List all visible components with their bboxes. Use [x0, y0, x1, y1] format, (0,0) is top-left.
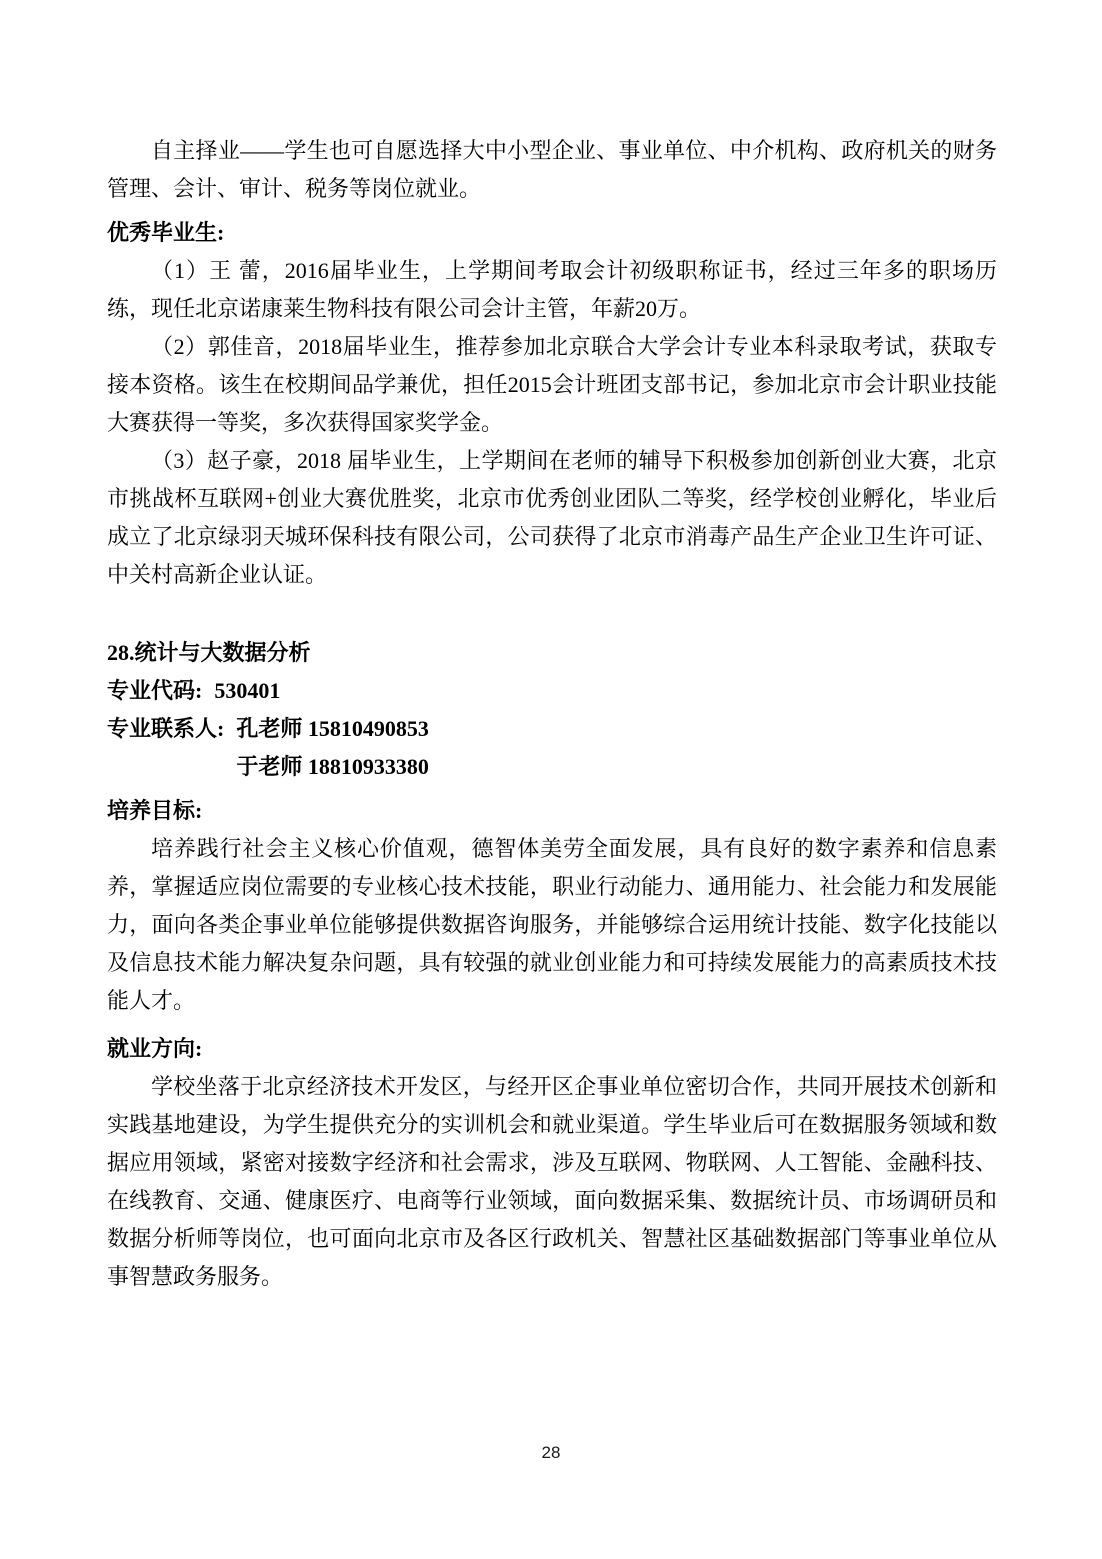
major-code-value: 530401 [214, 672, 280, 710]
training-goal-heading: 培养目标: [107, 792, 997, 830]
employment-direction-heading: 就业方向: [107, 1030, 997, 1068]
major-contact-label: 专业联系人: [107, 710, 224, 786]
document-page: 自主择业——学生也可自愿选择大中小型企业、事业单位、中介机构、政府机关的财务管理… [0, 0, 1102, 1559]
major-code-line: 专业代码: 530401 [107, 672, 997, 710]
major-contact-block: 专业联系人: 孔老师 15810490853 于老师 18810933380 [107, 710, 997, 786]
contact-item-1: 孔老师 15810490853 [236, 710, 429, 748]
graduates-heading: 优秀毕业生: [107, 214, 997, 252]
major-title: 28.统计与大数据分析 [107, 634, 997, 672]
employment-direction-paragraph: 学校坐落于北京经济技术开发区，与经开区企事业单位密切合作，共同开展技术创新和实践… [107, 1068, 997, 1296]
contact-item-2: 于老师 18810933380 [236, 748, 429, 786]
document-content: 自主择业——学生也可自愿选择大中小型企业、事业单位、中介机构、政府机关的财务管理… [107, 132, 997, 1296]
graduate-item-1: （1）王 蕾，2016届毕业生，上学期间考取会计初级职称证书，经过三年多的职场历… [107, 252, 997, 328]
major-code-label: 专业代码: [107, 672, 202, 710]
page-number: 28 [0, 1441, 1102, 1465]
training-goal-paragraph: 培养践行社会主义核心价值观，德智体美劳全面发展，具有良好的数字素养和信息素养，掌… [107, 830, 997, 1020]
intro-paragraph: 自主择业——学生也可自愿选择大中小型企业、事业单位、中介机构、政府机关的财务管理… [107, 132, 997, 208]
contact-list: 孔老师 15810490853 于老师 18810933380 [236, 710, 429, 786]
graduate-item-3: （3）赵子豪，2018 届毕业生，上学期间在老师的辅导下积极参加创新创业大赛，北… [107, 442, 997, 594]
graduate-item-2: （2）郭佳音，2018届毕业生，推荐参加北京联合大学会计专业本科录取考试，获取专… [107, 328, 997, 442]
